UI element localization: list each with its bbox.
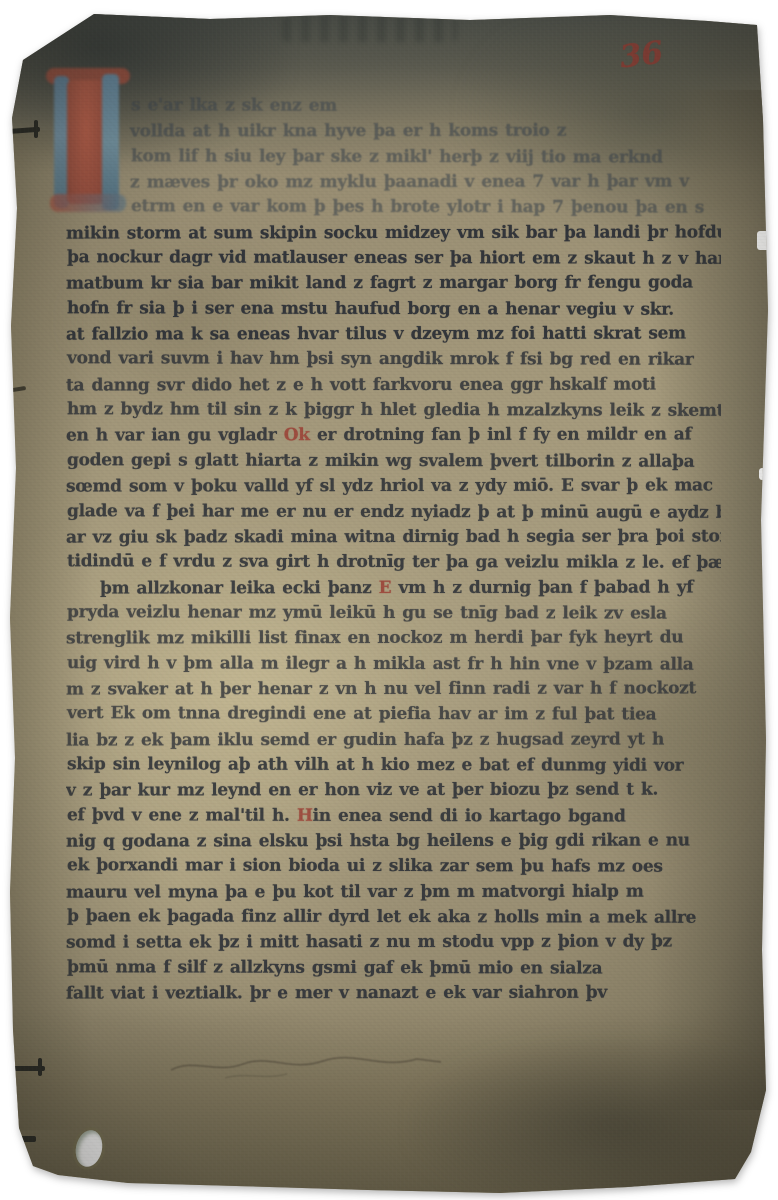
text-block: s e'ar lka z sk enz emvollda at h uikr k…	[66, 94, 721, 1019]
manuscript-line: mauru vel myna þa e þu kot til var z þm …	[66, 879, 721, 905]
red-initial-letter: Ok	[284, 426, 310, 446]
line-text: sœmd som v þoku valld yf sl ydz hriol va…	[66, 476, 713, 497]
manuscript-line: þm allzkonar leika ecki þanz E vm h z du…	[100, 575, 721, 601]
red-initial-letter: E	[379, 578, 392, 598]
manuscript-line: at fallzio ma k sa eneas hvar tilus v dz…	[66, 322, 721, 348]
stain	[410, 1035, 778, 1200]
parchment-page: 36 s e'ar lka z sk enz emvollda at h uik…	[0, 0, 778, 1200]
line-text: þmū nma f silf z allzkyns gsmi gaf ek þm…	[67, 957, 602, 978]
manuscript-photo: 36 s e'ar lka z sk enz emvollda at h uik…	[0, 0, 778, 1200]
line-text: lia bz z ek þam iklu semd er gudin hafa …	[66, 729, 664, 750]
line-text: ef þvd v ene z mal'til h.	[67, 805, 297, 826]
manuscript-line: vert Ek om tnna dregindi ene at piefia h…	[67, 701, 721, 728]
line-text: er drotning fan þ inl f fy en mildr en a…	[310, 425, 692, 446]
manuscript-line: ef þvd v ene z mal'til h. Hin enea send …	[67, 803, 721, 830]
manuscript-line: ta danng svr dido het z e h vott farkvor…	[66, 372, 721, 398]
line-text: hofn fr sia þ i ser ena mstu haufud borg…	[67, 298, 674, 319]
line-text: m z svaker at h þer henar z vn h nu vel …	[66, 678, 696, 699]
line-text: hm z bydz hm til sin z k þiggr h hlet gl…	[67, 399, 721, 421]
line-text: goden gepi s glatt hiarta z mikin wg sva…	[67, 450, 694, 472]
line-text: strenglik mz mikilli list finax en nocko…	[66, 628, 683, 649]
manuscript-line: pryda veizlu henar mz ymū leikū h gu se …	[67, 600, 721, 627]
line-text: at fallzio ma k sa eneas hvar tilus v dz…	[66, 324, 686, 345]
line-text: mikin storm at sum skipin socku midzey v…	[66, 222, 721, 243]
folio-number: 36	[618, 32, 682, 79]
manuscript-line: mikin storm at sum skipin socku midzey v…	[66, 220, 721, 246]
manuscript-line: sœmd som v þoku valld yf sl ydz hriol va…	[66, 474, 721, 500]
shelfmark-faded	[282, 16, 457, 42]
line-text: þa nockur dagr vid matlauser eneas ser þ…	[67, 247, 721, 269]
binding-thread	[38, 1058, 42, 1076]
manuscript-line: s e'ar lka z sk enz em	[131, 94, 721, 120]
binding-thread	[34, 120, 38, 138]
manuscript-line: hm z bydz hm til sin z k þiggr h hlet gl…	[67, 397, 721, 424]
manuscript-line: en h var ian gu vgladr Ok er drotning fa…	[66, 423, 721, 449]
line-text: vert Ek om tnna dregindi ene at piefia h…	[67, 703, 656, 724]
binding-thread	[0, 1136, 36, 1142]
red-initial-letter: H	[297, 805, 313, 825]
stain	[0, 1005, 778, 1200]
manuscript-line: vond vari suvm i hav hm þsi syn angdik m…	[67, 347, 721, 374]
line-text: s e'ar lka z sk enz em	[131, 95, 337, 116]
manuscript-line: tidindū e f vrdu z sva girt h drotnīg te…	[67, 549, 721, 576]
manuscript-line: ar vz giu sk þadz skadi mina witna dirni…	[66, 524, 721, 550]
manuscript-line: goden gepi s glatt hiarta z mikin wg sva…	[67, 448, 721, 475]
line-text: vm h z durnig þan f þabad h yf	[391, 577, 693, 598]
manuscript-line: matbum kr sia bar mikit land z fagrt z m…	[66, 271, 721, 297]
manuscript-line: ek þorxandi mar i sion bioda ui z slika …	[67, 854, 721, 881]
line-text: nig q godana z sina elsku þsi hsta bg he…	[66, 830, 690, 851]
line-text: glade va f þei har me er nu er endz nyia…	[67, 501, 721, 523]
line-text: tidindū e f vrdu z sva girt h drotnīg te…	[67, 551, 721, 573]
line-text: vond vari suvm i hav hm þsi syn angdik m…	[67, 349, 694, 371]
manuscript-line: lia bz z ek þam iklu semd er gudin hafa …	[66, 727, 721, 753]
line-text: pryda veizlu henar mz ymū leikū h gu se …	[67, 602, 667, 623]
line-text: ta danng svr dido het z e h vott farkvor…	[66, 374, 656, 395]
manuscript-line: strenglik mz mikilli list finax en nocko…	[66, 626, 721, 652]
line-text: þ þaen ek þagada finz allir dyrd let ek …	[67, 906, 696, 928]
manuscript-line: etrm en e var kom þ þes h brote ylotr i …	[131, 195, 721, 222]
manuscript-line: hofn fr sia þ i ser ena mstu haufud borg…	[67, 296, 721, 323]
marginal-inscription-faded	[165, 1048, 455, 1088]
line-text: somd i setta ek þz i mitt hasati z nu m …	[66, 932, 672, 953]
manuscript-line: fallt viat i veztialk. þr e mer v nanazt…	[66, 980, 721, 1006]
line-text: ar vz giu sk þadz skadi mina witna dirni…	[66, 526, 721, 547]
manuscript-line: nig q godana z sina elsku þsi hsta bg he…	[66, 828, 721, 854]
line-text: fallt viat i veztialk. þr e mer v nanazt…	[66, 983, 607, 1004]
parchment-hole	[72, 1128, 105, 1170]
manuscript-line: vollda at h uikr kna hyve þa er h koms t…	[130, 119, 721, 145]
line-text: en h var ian gu vgladr	[66, 426, 284, 446]
parchment-surface: 36 s e'ar lka z sk enz emvollda at h uik…	[0, 0, 778, 1200]
manuscript-line: somd i setta ek þz i mitt hasati z nu m …	[66, 930, 721, 956]
edge-notch	[759, 468, 768, 480]
line-text: z mæves þr oko mz myklu þaanadi v enea 7…	[130, 172, 689, 193]
line-text: ek þorxandi mar i sion bioda ui z slika …	[67, 856, 663, 877]
manuscript-line: m z svaker at h þer henar z vn h nu vel …	[66, 676, 721, 702]
line-text: v z þar kur mz leynd en er hon viz ve at…	[66, 780, 658, 801]
manuscript-line: skip sin leynilog aþ ath vilh at h kio m…	[67, 752, 721, 779]
edge-notch	[757, 231, 770, 250]
manuscript-line: kom lif h siu ley þar ske z mikl' herþ z…	[131, 144, 721, 171]
manuscript-line: v z þar kur mz leynd en er hon viz ve at…	[66, 778, 721, 804]
line-text: matbum kr sia bar mikit land z fagrt z m…	[66, 273, 693, 294]
binding-slit	[0, 386, 26, 394]
line-text: skip sin leynilog aþ ath vilh at h kio m…	[67, 754, 683, 776]
line-text: mauru vel myna þa e þu kot til var z þm …	[66, 881, 644, 902]
line-text: vollda at h uikr kna hyve þa er h koms t…	[130, 121, 566, 142]
line-text: uig vird h v þm alla m ilegr a h mikla a…	[67, 653, 694, 675]
manuscript-line: glade va f þei har me er nu er endz nyia…	[67, 499, 721, 526]
manuscript-line: uig vird h v þm alla m ilegr a h mikla a…	[67, 651, 721, 678]
manuscript-line: þmū nma f silf z allzkyns gsmi gaf ek þm…	[67, 955, 721, 982]
manuscript-line: z mæves þr oko mz myklu þaanadi v enea 7…	[130, 170, 721, 196]
line-text: þm allzkonar leika ecki þanz	[100, 578, 379, 598]
manuscript-line: þ þaen ek þagada finz allir dyrd let ek …	[67, 904, 721, 931]
manuscript-line: þa nockur dagr vid matlauser eneas ser þ…	[67, 245, 721, 272]
line-text: kom lif h siu ley þar ske z mikl' herþ z…	[131, 146, 663, 167]
line-text: etrm en e var kom þ þes h brote ylotr i …	[131, 197, 704, 218]
line-text: in enea send di io kartago bgand	[313, 805, 626, 826]
